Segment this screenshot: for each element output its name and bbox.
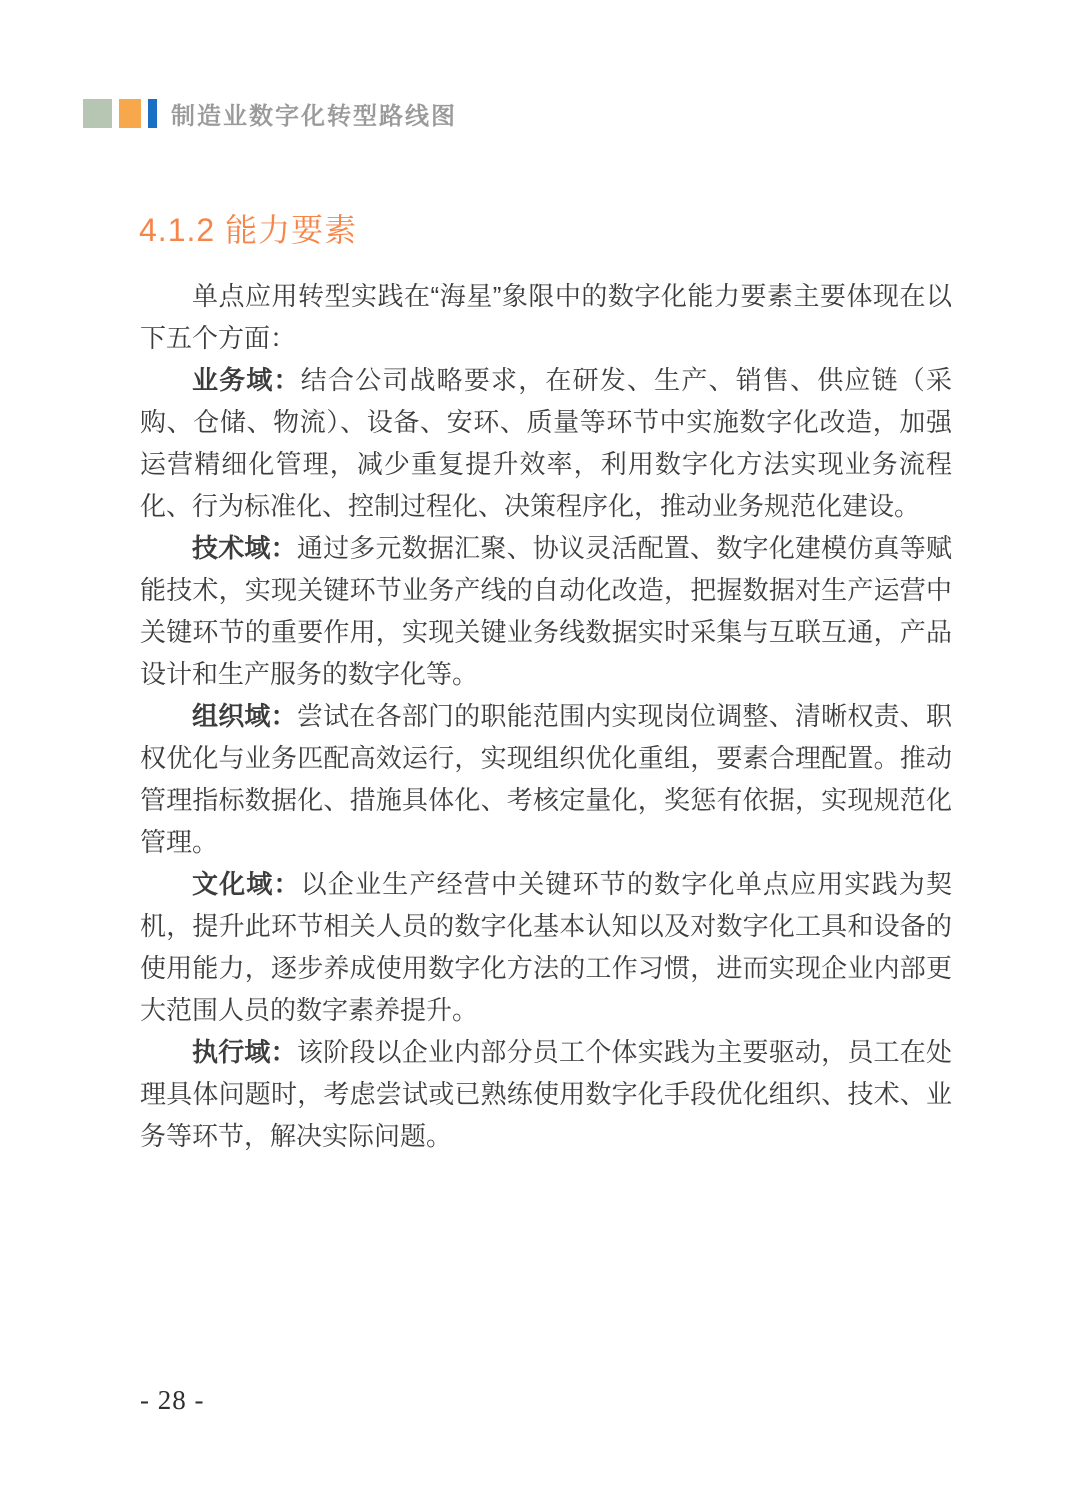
section-heading: 4.1.2 能力要素 bbox=[139, 205, 357, 251]
paragraph-business-domain: 业务域：结合公司战略要求，在研发、生产、销售、供应链（采购、仓储、物流）、设备、… bbox=[140, 359, 952, 527]
green-square-icon bbox=[83, 99, 112, 128]
paragraph-lead: 执行域： bbox=[192, 1037, 297, 1067]
paragraph-lead: 技术域： bbox=[192, 533, 297, 563]
paragraph-lead: 组织域： bbox=[192, 701, 297, 731]
intro-text: 单点应用转型实践在“海星”象限中的数字化能力要素主要体现在以下五个方面： bbox=[140, 281, 952, 353]
paragraph-lead: 业务域： bbox=[192, 365, 301, 395]
paragraph-organization-domain: 组织域：尝试在各部门的职能范围内实现岗位调整、清晰权责、职权优化与业务匹配高效运… bbox=[140, 695, 952, 863]
paragraph-technology-domain: 技术域：通过多元数据汇聚、协议灵活配置、数字化建模仿真等赋能技术，实现关键环节业… bbox=[140, 527, 952, 695]
paragraph-lead: 文化域： bbox=[192, 869, 301, 899]
document-title: 制造业数字化转型路线图 bbox=[171, 96, 457, 131]
paragraph-execution-domain: 执行域：该阶段以企业内部分员工个体实践为主要驱动，员工在处理具体问题时，考虑尝试… bbox=[140, 1031, 952, 1157]
document-page: 制造业数字化转型路线图 4.1.2 能力要素 单点应用转型实践在“海星”象限中的… bbox=[0, 0, 1080, 1509]
paragraph-culture-domain: 文化域：以企业生产经营中关键环节的数字化单点应用实践为契机，提升此环节相关人员的… bbox=[140, 863, 952, 1031]
body-content: 单点应用转型实践在“海星”象限中的数字化能力要素主要体现在以下五个方面： 业务域… bbox=[140, 275, 952, 1157]
page-header: 制造业数字化转型路线图 bbox=[83, 96, 457, 131]
intro-paragraph: 单点应用转型实践在“海星”象限中的数字化能力要素主要体现在以下五个方面： bbox=[140, 275, 952, 359]
blue-square-icon bbox=[148, 99, 157, 128]
orange-square-icon bbox=[119, 99, 141, 128]
page-number: - 28 - bbox=[140, 1385, 204, 1416]
